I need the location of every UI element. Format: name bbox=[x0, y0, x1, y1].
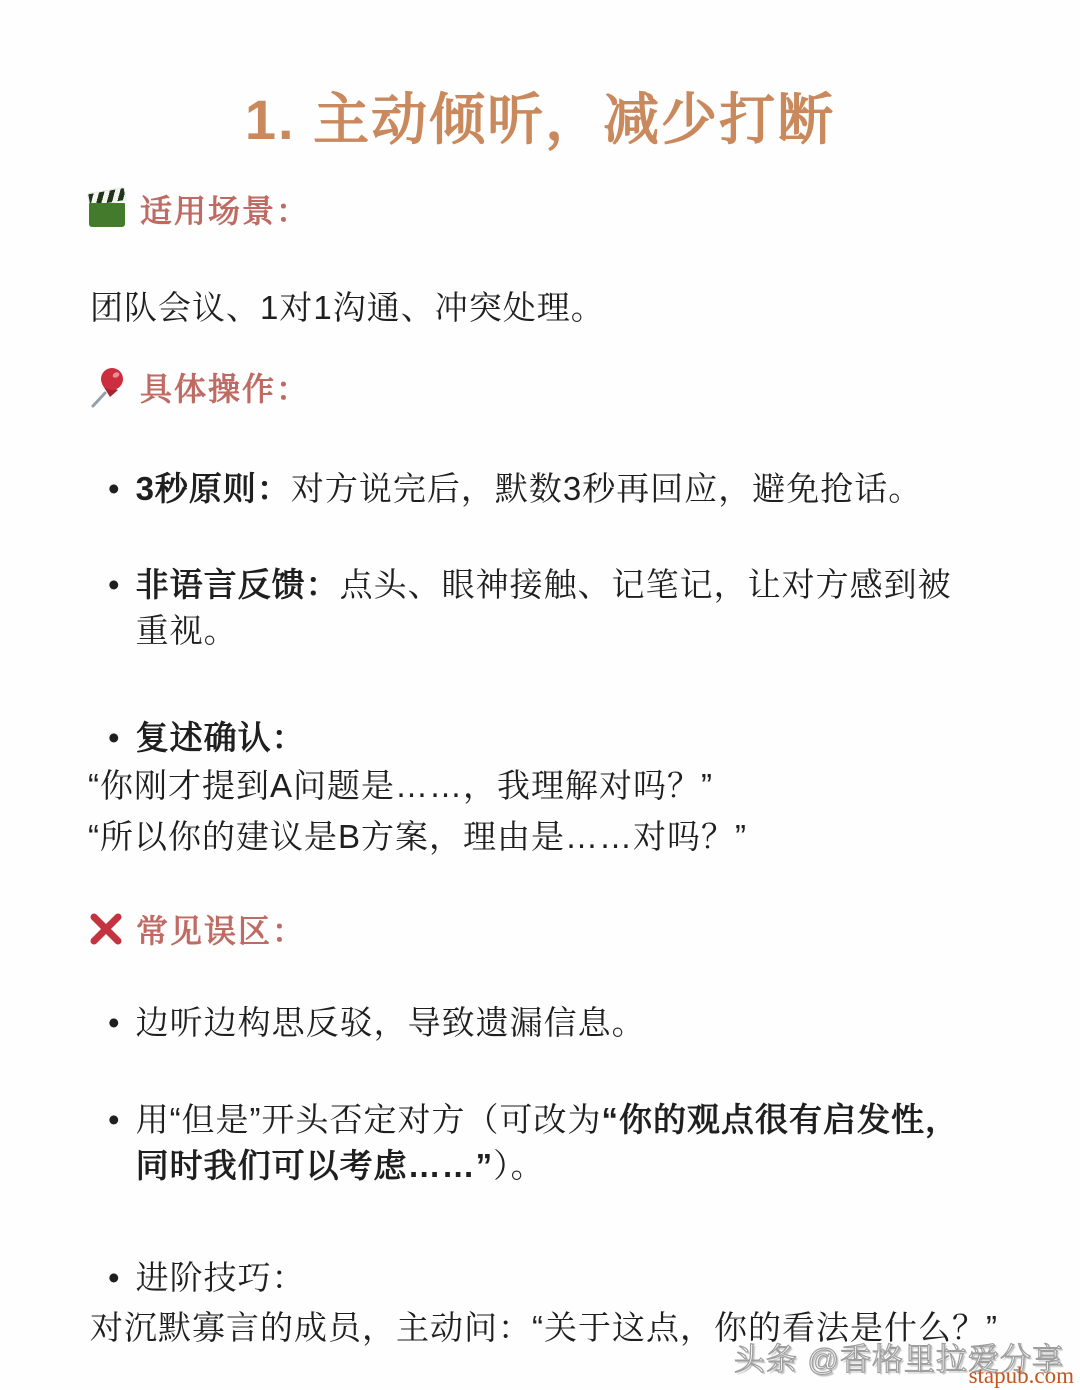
section-heading-scenes: 适用场景： bbox=[88, 186, 310, 232]
section-heading-mistakes: 常见误区： bbox=[88, 906, 306, 952]
bullet-thinking-rebuttal: • 边听边构思反驳，导致遗漏信息。 bbox=[108, 1000, 981, 1046]
site-watermark: stapub.com bbox=[969, 1363, 1074, 1389]
bullet-dot: • bbox=[108, 1097, 120, 1143]
bullet-thinking-rebuttal-text: 边听边构思反驳，导致遗漏信息。 bbox=[136, 1000, 981, 1046]
quote-line-2: “所以你的建议是B方案，理由是……对吗？” bbox=[88, 811, 747, 862]
bullet-advanced-technique-text: 进阶技巧： bbox=[136, 1255, 981, 1301]
page-title: 1. 主动倾听，减少打断 bbox=[0, 76, 1080, 156]
infographic-page: 1. 主动倾听，减少打断 适用场景： 团队会议、1对1沟通、冲突处理。 具体操作… bbox=[0, 0, 1080, 1390]
scenes-body-text: 团队会议、1对1沟通、冲突处理。 bbox=[90, 282, 605, 329]
example-quotes: “你刚才提到A问题是……，我理解对吗？” “所以你的建议是B方案，理由是……对吗… bbox=[88, 760, 747, 862]
bullet-but-opening: • 用“但是”开头否定对方（可改为“你的观点很有启发性，同时我们可以考虑……”）… bbox=[108, 1097, 981, 1189]
bullet-dot: • bbox=[108, 1000, 120, 1046]
section-heading-operations-label: 具体操作： bbox=[140, 364, 310, 410]
pushpin-icon bbox=[88, 365, 128, 409]
bullet-dot: • bbox=[108, 562, 120, 608]
section-heading-operations: 具体操作： bbox=[88, 364, 310, 410]
x-mark-icon bbox=[88, 911, 124, 947]
bullet-3s-rule: • 3秒原则：对方说完后，默数3秒再回应，避免抢话。 bbox=[108, 466, 981, 512]
bullet-advanced-technique: • 进阶技巧： bbox=[108, 1255, 981, 1301]
bullet-restate-confirm: • 复述确认： bbox=[108, 715, 981, 761]
section-heading-mistakes-label: 常见误区： bbox=[136, 906, 306, 952]
bullet-dot: • bbox=[108, 466, 120, 512]
bullet-but-opening-text: 用“但是”开头否定对方（可改为“你的观点很有启发性，同时我们可以考虑……”）。 bbox=[136, 1097, 981, 1189]
bullet-3s-rule-text: 3秒原则：对方说完后，默数3秒再回应，避免抢话。 bbox=[136, 466, 981, 512]
bullet-dot: • bbox=[108, 1255, 120, 1301]
bullet-dot: • bbox=[108, 715, 120, 761]
bullet-restate-confirm-text: 复述确认： bbox=[136, 715, 981, 761]
bullet-nonverbal-feedback: • 非语言反馈：点头、眼神接触、记笔记，让对方感到被重视。 bbox=[108, 562, 981, 654]
clapperboard-icon bbox=[88, 188, 128, 230]
quote-line-1: “你刚才提到A问题是……，我理解对吗？” bbox=[88, 760, 747, 811]
section-heading-scenes-label: 适用场景： bbox=[140, 186, 310, 232]
bullet-nonverbal-feedback-text: 非语言反馈：点头、眼神接触、记笔记，让对方感到被重视。 bbox=[136, 562, 981, 654]
